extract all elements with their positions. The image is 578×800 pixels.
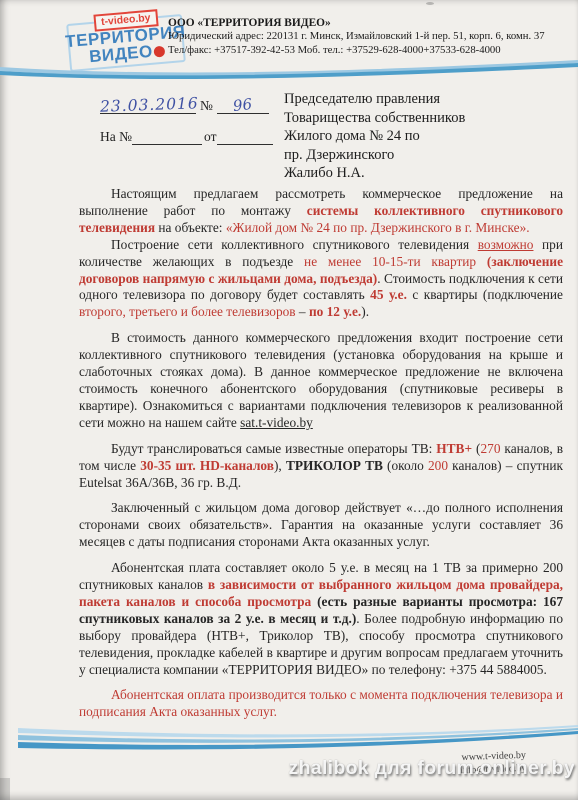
text-segment: ), (274, 458, 286, 473)
company-name: ООО «ТЕРРИТОРИЯ ВИДЕО» (168, 17, 568, 30)
logo-red-dot-icon (153, 46, 165, 58)
text-segment: Построение сети коллективного спутниково… (111, 237, 478, 252)
letter-paragraph: Абонентская оплата производится только с… (79, 687, 563, 721)
letter-paragraph: Настоящим предлагаем рассмотреть коммерч… (79, 186, 563, 237)
addressee-line: Жалибо Н.А. (284, 164, 554, 183)
text-segment: НТВ+ (436, 441, 472, 456)
addressee-line: пр. Дзержинского (284, 146, 554, 165)
text-segment: 270 (480, 441, 500, 456)
text-segment: ТРИКОЛОР ТВ (286, 458, 383, 473)
addressee-block: Председателю правленияТоварищества собст… (284, 90, 554, 183)
reference-date-row: 23.03.2016 № 96 (100, 96, 275, 114)
on-number-label: На № (100, 129, 132, 145)
text-segment: 30-35 шт. HD-каналов (140, 458, 274, 473)
reference-incoming-row: На № от (100, 127, 275, 145)
text-segment: Абонентская оплата производится только с… (79, 687, 563, 719)
scan-artifact (426, 2, 434, 5)
text-segment: не менее 10-15-ти квартир (304, 254, 487, 269)
number-underline: 96 (217, 96, 269, 114)
text-segment: 45 у.е. (370, 287, 407, 302)
forum-watermark: zhalibok для forum.onliner.by (289, 757, 575, 780)
date-underline: 23.03.2016 (100, 96, 196, 114)
text-segment: второго, третьего и более телевизоров (79, 304, 296, 319)
company-address: Юридический адрес: 220131 г. Минск, Изма… (168, 30, 568, 43)
company-phones: Тел/факс: +37517-392-42-53 Моб. тел.: +3… (168, 44, 568, 57)
letter-paragraph: Заключенный с жильцом дома договор дейст… (79, 500, 563, 551)
text-segment: В стоимость данного коммерческого предло… (79, 330, 563, 430)
number-handwritten: 96 (232, 95, 253, 115)
text-segment: по 12 у.е. (309, 304, 361, 319)
text-segment: возможно (478, 237, 534, 252)
incoming-number-blank (132, 127, 202, 145)
text-segment: Будут транслироваться самые известные оп… (111, 441, 436, 456)
text-segment: на объекте: (155, 220, 226, 235)
letter-paragraph: Построение сети коллективного спутниково… (79, 237, 563, 322)
letter-paragraph: В стоимость данного коммерческого предло… (79, 330, 563, 431)
website-link-text: sat.t-video.by (240, 415, 313, 430)
text-segment: Заключенный с жильцом дома договор дейст… (79, 500, 563, 549)
number-sign-label: № (200, 98, 213, 114)
text-segment: – (296, 304, 309, 319)
company-info-block: ООО «ТЕРРИТОРИЯ ВИДЕО» Юридический адрес… (168, 17, 568, 57)
letter-body: Настоящим предлагаем рассмотреть коммерч… (79, 186, 563, 721)
scan-artifact (0, 778, 10, 800)
addressee-line: Жилого дома № 24 по (284, 127, 554, 146)
text-segment: 200 (428, 458, 448, 473)
addressee-line: Председателю правления (284, 90, 554, 109)
text-segment: с квартиры (подключение (407, 287, 563, 302)
date-handwritten: 23.03.2016 (100, 94, 199, 115)
letter-paragraph: Будут транслироваться самые известные оп… (79, 441, 563, 492)
header-wave-decoration (0, 58, 578, 82)
text-segment: «Жилой дом № 24 по пр. Дзержинского в г.… (226, 220, 530, 235)
incoming-date-blank (217, 127, 273, 145)
letter-paragraph: Абонентская плата составляет около 5 у.е… (79, 560, 563, 678)
from-label: от (204, 129, 216, 145)
text-segment: (около (383, 458, 428, 473)
scanned-letter-page: t-video.by ТЕРРИТОРИЯ ВИДЕО ООО «ТЕРРИТО… (0, 0, 578, 800)
text-segment: ). (361, 304, 369, 319)
reference-block: 23.03.2016 № 96 На № от (100, 96, 275, 145)
addressee-line: Товарищества собственников (284, 109, 554, 128)
